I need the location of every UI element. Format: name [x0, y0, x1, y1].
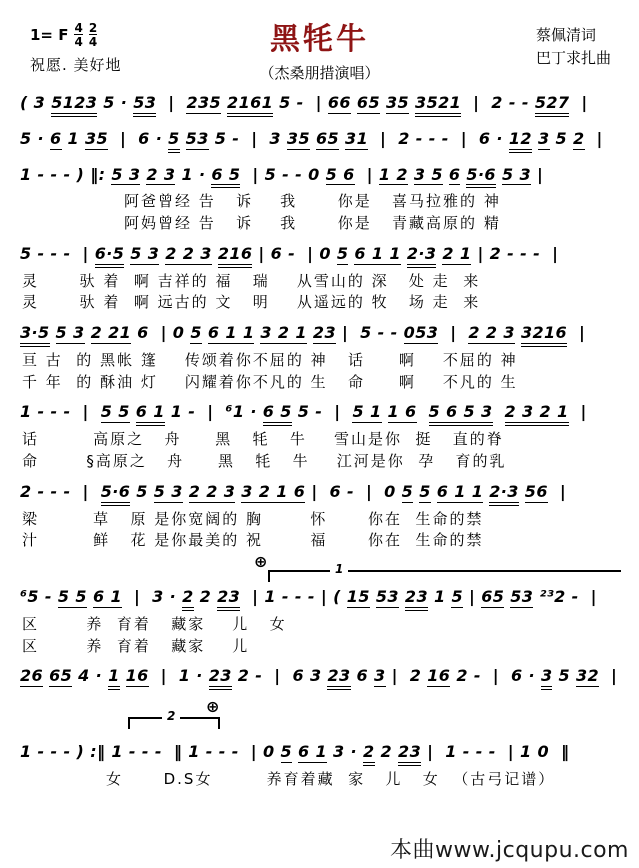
system-3: 1 - - - ) ‖: 5 3 2 3 1 · 6 5 | 5 - - 0 5…	[6, 160, 633, 235]
volta2-coda-row: ⊕ 2	[6, 697, 633, 737]
notation-line-5: 3·5 5 3 2 21 6 | 0 5 6 1 1 3 2 1 23 | 5 …	[6, 318, 633, 350]
notation-line-10: 1 - - - ) :‖ 1 - - - ‖ 1 - - - | 0 5 6 1…	[6, 737, 633, 769]
system-6: 1 - - - | 5 5 6 1 1 - | ⁶1 · 6 5 5 - | 5…	[6, 397, 633, 472]
volta-tick	[128, 717, 130, 729]
system-1: ( 3 5123 5 · 53 | 235 2161 5 - | 66 65 3…	[6, 88, 633, 120]
lyric-line: 灵 驮 着 啊 吉祥的 福 瑞 从雪山的 深 处 走 来	[6, 271, 633, 293]
system-5: 3·5 5 3 2 21 6 | 0 5 6 1 1 3 2 1 23 | 5 …	[6, 318, 633, 393]
lyric-line: 命 §高原之 舟 黑 牦 牛 江河是你 孕 育的乳	[6, 451, 633, 473]
lyric-line: 女 D.S女 养育着藏 家 儿 女 （古弓记谱）	[6, 769, 633, 791]
lyric-line: 阿妈曾经 告 诉 我 你是 青藏高原的 精	[6, 213, 633, 235]
score-page: 1= F 4 4 2 4 祝愿. 美好地 黑牦牛 （杰桑朋措演唱） 蔡佩清词 巴…	[0, 0, 639, 868]
volta-tick	[268, 570, 270, 582]
system-10: 1 - - - ) :‖ 1 - - - ‖ 1 - - - | 0 5 6 1…	[6, 737, 633, 791]
coda-icon: ⊕	[254, 552, 267, 571]
system-2: 5 · 6 1 35 | 6 · 5 53 5 - | 3 35 65 31 |…	[6, 124, 633, 156]
notation-line-9: 26 65 4 · 1 16 | 1 · 23 2 - | 6 3 23 6 3…	[6, 661, 633, 693]
notation-line-7: 2 - - - | 5·6 5 5 3 2 2 3 3 2 1 6 | 6 - …	[6, 477, 633, 509]
notation-line-1: ( 3 5123 5 · 53 | 235 2161 5 - | 66 65 3…	[6, 88, 633, 120]
notation-line-8: ⁶5 - 5 5 6 1 | 3 · 2 2 23 | 1 - - - | ( …	[6, 582, 633, 614]
coda-volta1-row: ⊕ 1	[6, 556, 633, 582]
system-8: ⁶5 - 5 5 6 1 | 3 · 2 2 23 | 1 - - - | ( …	[6, 582, 633, 657]
volta-2-label: 2	[162, 709, 180, 723]
volta-1-label: 1	[330, 562, 348, 576]
lyric-line: 灵 驮 着 啊 远古的 文 明 从遥远的 牧 场 走 来	[6, 292, 633, 314]
system-7: 2 - - - | 5·6 5 5 3 2 2 3 3 2 1 6 | 6 - …	[6, 477, 633, 552]
lyric-line: 区 养 育着 藏家 儿 女	[6, 614, 633, 636]
notation-line-4: 5 - - - | 6·5 5 3 2 2 3 216 | 6 - | 0 5 …	[6, 239, 633, 271]
notation-line-3: 1 - - - ) ‖: 5 3 2 3 1 · 6 5 | 5 - - 0 5…	[6, 160, 633, 192]
coda-icon: ⊕	[206, 697, 219, 716]
volta-tick	[218, 717, 220, 729]
lyric-line: 梁 草 原 是你宽阔的 胸 怀 你在 生命的禁	[6, 509, 633, 531]
lyric-line: 区 养 育着 藏家 儿	[6, 636, 633, 658]
lyric-line: 话 高原之 舟 黑 牦 牛 雪山是你 挺 直的脊	[6, 429, 633, 451]
lyric-line: 亘 古 的 黑帐 篷 传颂着你不屈的 神 话 啊 不屈的 神	[6, 350, 633, 372]
volta-2-bracket: 2	[128, 717, 220, 731]
watermark-url: 本曲www.jcqupu.com	[390, 833, 629, 864]
system-4: 5 - - - | 6·5 5 3 2 2 3 216 | 6 - | 0 5 …	[6, 239, 633, 314]
score-header: 1= F 4 4 2 4 祝愿. 美好地 黑牦牛 （杰桑朋措演唱） 蔡佩清词 巴…	[0, 0, 639, 88]
credit-composer: 巴丁求扎曲	[536, 47, 611, 70]
lyric-line: 千 年 的 酥油 灯 闪耀着你不凡的 生 命 啊 不凡的 生	[6, 372, 633, 394]
volta-1-bracket: 1	[268, 570, 621, 584]
credits-block: 蔡佩清词 巴丁求扎曲	[536, 24, 611, 69]
system-9: 26 65 4 · 1 16 | 1 · 23 2 - | 6 3 23 6 3…	[6, 661, 633, 693]
lyric-line: 阿爸曾经 告 诉 我 你是 喜马拉雅的 神	[6, 191, 633, 213]
music-body: ( 3 5123 5 · 53 | 235 2161 5 - | 66 65 3…	[0, 88, 639, 791]
notation-line-2: 5 · 6 1 35 | 6 · 5 53 5 - | 3 35 65 31 |…	[6, 124, 633, 156]
lyric-line: 汁 鲜 花 是你最美的 祝 福 你在 生命的禁	[6, 530, 633, 552]
credit-lyricist: 蔡佩清词	[536, 24, 611, 47]
notation-line-6: 1 - - - | 5 5 6 1 1 - | ⁶1 · 6 5 5 - | 5…	[6, 397, 633, 429]
